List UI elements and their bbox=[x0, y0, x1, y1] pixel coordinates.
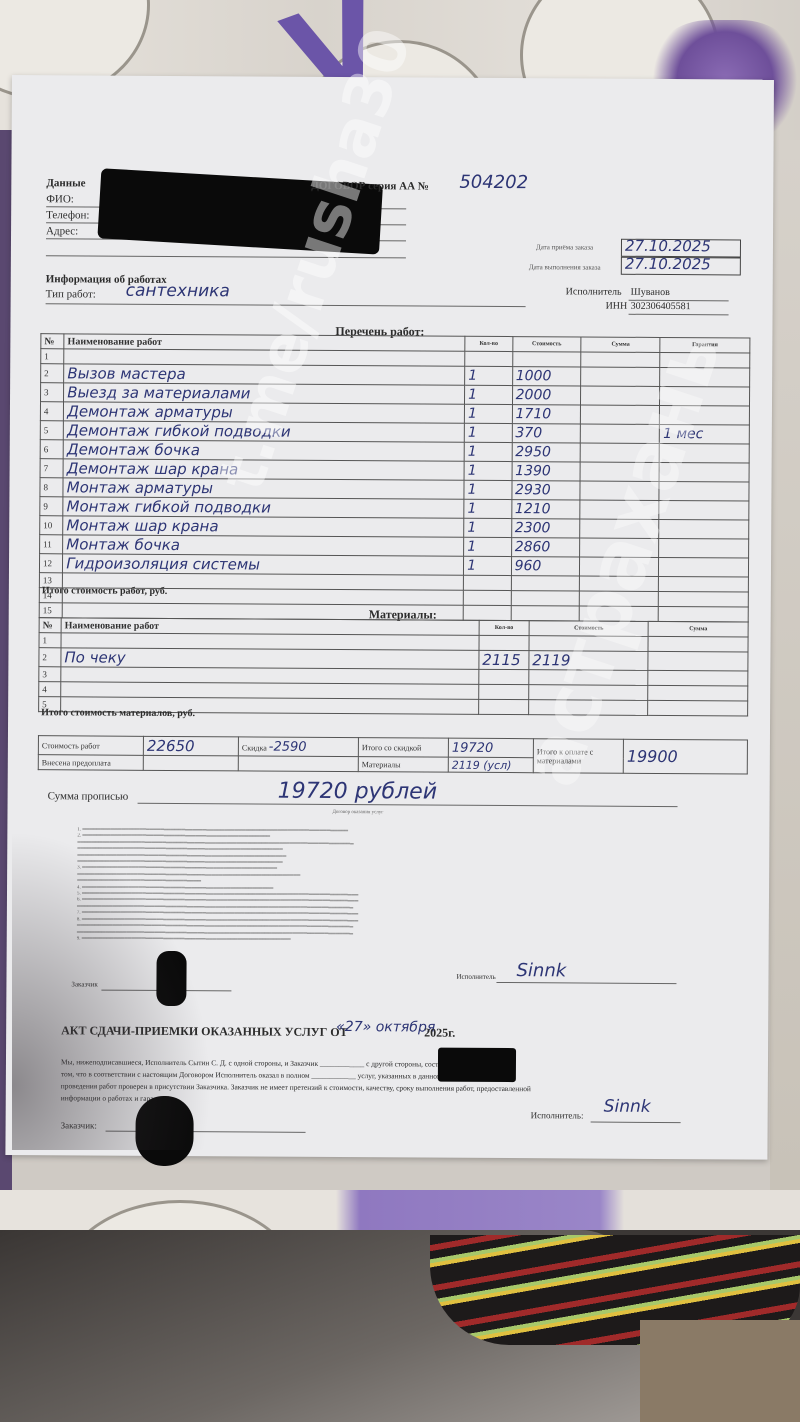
work-warranty bbox=[659, 576, 749, 592]
work-cost: 1710 bbox=[512, 405, 581, 424]
inn-label: ИНН bbox=[606, 301, 628, 312]
work-qty: 1 bbox=[464, 537, 512, 556]
row-number: 4 bbox=[40, 402, 63, 421]
row-number: 12 bbox=[39, 554, 62, 573]
work-warranty bbox=[659, 557, 749, 577]
work-cost: 2950 bbox=[512, 443, 581, 462]
row-number: 2 bbox=[39, 648, 61, 667]
act-body-line-3: проведения работ проверен в присутствии … bbox=[61, 1081, 531, 1093]
column-header: Кол-во bbox=[465, 336, 513, 351]
terms-fine-print: 1. ═════════════════════════════════════… bbox=[77, 827, 678, 946]
row-number: 10 bbox=[40, 516, 63, 535]
act-customer-label: Заказчик: bbox=[61, 1120, 97, 1130]
floor bbox=[640, 1320, 800, 1422]
material-name: По чеку bbox=[61, 648, 479, 670]
work-name: Монтаж бочка bbox=[63, 535, 464, 556]
material-sum bbox=[648, 670, 748, 686]
work-name: Гидроизоляция системы bbox=[63, 554, 464, 575]
discount-value: -2590 bbox=[269, 739, 307, 754]
to-pay-value: 19900 bbox=[627, 747, 678, 766]
row-number: 7 bbox=[40, 459, 63, 478]
work-type-value: сантехника bbox=[126, 281, 230, 302]
phone-label: Телефон: bbox=[46, 209, 89, 221]
material-qty bbox=[479, 635, 529, 650]
work-qty: 1 bbox=[464, 499, 512, 518]
row-number: 5 bbox=[40, 421, 63, 440]
row-number: 2 bbox=[41, 364, 64, 383]
contract-document: Данные ФИО: Телефон: Адрес: ДОГОВОР сери… bbox=[5, 75, 774, 1160]
work-cost: 2860 bbox=[511, 538, 580, 557]
work-qty: 1 bbox=[465, 404, 513, 423]
column-header: № bbox=[41, 334, 64, 349]
inn-value: 302306405581 bbox=[631, 301, 691, 312]
work-type-label: Тип работ: bbox=[46, 288, 96, 300]
contract-number: 504202 bbox=[459, 172, 528, 193]
caption: Договор оказания услуг bbox=[332, 810, 383, 815]
customer-label: Заказчик bbox=[71, 980, 97, 988]
row-number: 15 bbox=[39, 603, 62, 618]
discount-label: Скидка bbox=[242, 743, 267, 752]
fio-label: ФИО: bbox=[46, 193, 74, 205]
background-side bbox=[770, 140, 800, 1190]
material-sum bbox=[648, 700, 748, 716]
row-number: 8 bbox=[40, 478, 63, 497]
column-header: № bbox=[39, 618, 61, 633]
client-data-label: Данные bbox=[46, 177, 85, 189]
material-sum bbox=[648, 636, 748, 652]
work-qty: 1 bbox=[464, 480, 512, 499]
work-cost-label: Стоимость работ bbox=[38, 736, 143, 756]
column-header: Сумма bbox=[649, 621, 749, 637]
work-cost: 1000 bbox=[512, 367, 581, 386]
material-sum bbox=[648, 685, 748, 701]
row-number: 3 bbox=[39, 667, 61, 682]
column-header: Кол-во bbox=[479, 620, 529, 635]
work-qty: 1 bbox=[464, 442, 512, 461]
row-number: 1 bbox=[39, 633, 61, 648]
materials-total-label: Итого стоимость материалов, руб. bbox=[41, 707, 195, 719]
redacted-customer-name bbox=[438, 1048, 516, 1082]
total-discount-label: Итого со скидкой bbox=[358, 738, 448, 758]
total-discount-value: 19720 bbox=[452, 740, 493, 755]
order-completed-date: 27.10.2025 bbox=[625, 255, 711, 274]
work-qty: 1 bbox=[464, 556, 512, 575]
material-qty bbox=[479, 669, 529, 684]
work-qty: 1 bbox=[464, 518, 512, 537]
work-name: Монтаж гибкой подводки bbox=[63, 497, 464, 518]
work-qty: 1 bbox=[465, 366, 513, 385]
work-warranty bbox=[659, 591, 749, 607]
prepayment-label: Внесена предоплата bbox=[38, 755, 143, 771]
act-date: «27» октября bbox=[336, 1019, 435, 1036]
address-label: Адрес: bbox=[46, 225, 78, 237]
work-cost-value: 22650 bbox=[147, 737, 195, 755]
column-header: Стоимость bbox=[512, 337, 581, 352]
work-warranty bbox=[658, 606, 748, 622]
sum-words-label: Сумма прописью bbox=[48, 790, 129, 802]
work-qty: 1 bbox=[464, 423, 512, 442]
row-number: 1 bbox=[41, 349, 64, 364]
work-qty: 1 bbox=[465, 385, 513, 404]
order-accepted-label: Дата приёма заказа bbox=[536, 243, 593, 251]
row-number: 4 bbox=[39, 682, 61, 697]
act-executor-signature: Sinnk bbox=[604, 1097, 651, 1117]
work-qty bbox=[463, 575, 511, 590]
work-name: Монтаж шар крана bbox=[63, 516, 464, 537]
work-cost: 1390 bbox=[512, 462, 581, 481]
act-year: 2025г. bbox=[424, 1026, 455, 1041]
executor-name: Шуванов bbox=[631, 287, 670, 298]
work-cost: 2930 bbox=[512, 481, 581, 500]
executor-label: Исполнитель bbox=[566, 286, 622, 297]
sum-words-value: 19720 рублей bbox=[278, 779, 438, 805]
work-qty bbox=[465, 351, 513, 366]
work-qty bbox=[463, 605, 511, 620]
executor-signature: Sinnk bbox=[516, 960, 566, 981]
work-cost bbox=[512, 352, 581, 367]
order-completed-label: Дата выполнения заказа bbox=[529, 263, 601, 271]
summary-table: Стоимость работ 22650 Скидка -2590 Итого… bbox=[38, 735, 748, 774]
act-title: АКТ СДАЧИ-ПРИЕМКИ ОКАЗАННЫХ УСЛУГ ОТ bbox=[61, 1023, 348, 1040]
row-number: 3 bbox=[41, 383, 64, 402]
act-executor-label: Исполнитель: bbox=[531, 1110, 584, 1120]
work-qty: 1 bbox=[464, 461, 512, 480]
work-cost: 2000 bbox=[512, 386, 581, 405]
works-total-label: Итого стоимость работ, руб. bbox=[42, 585, 167, 597]
materials-summary-label: Материалы bbox=[358, 757, 448, 773]
work-qty bbox=[463, 590, 511, 605]
work-cost: 370 bbox=[512, 424, 581, 443]
redacted-act-customer-signature bbox=[135, 1096, 193, 1166]
row-number: 11 bbox=[40, 535, 63, 554]
order-accepted-date: 27.10.2025 bbox=[625, 237, 711, 256]
work-cost: 1210 bbox=[511, 500, 580, 519]
row-number: 6 bbox=[40, 440, 63, 459]
material-qty bbox=[479, 684, 529, 699]
material-qty: 2115 bbox=[479, 650, 529, 669]
redacted-customer-signature bbox=[156, 951, 186, 1006]
work-cost: 2300 bbox=[511, 519, 580, 538]
material-sum bbox=[648, 651, 748, 671]
executor-sign-label: Исполнитель bbox=[456, 973, 495, 981]
row-number: 9 bbox=[40, 497, 63, 516]
